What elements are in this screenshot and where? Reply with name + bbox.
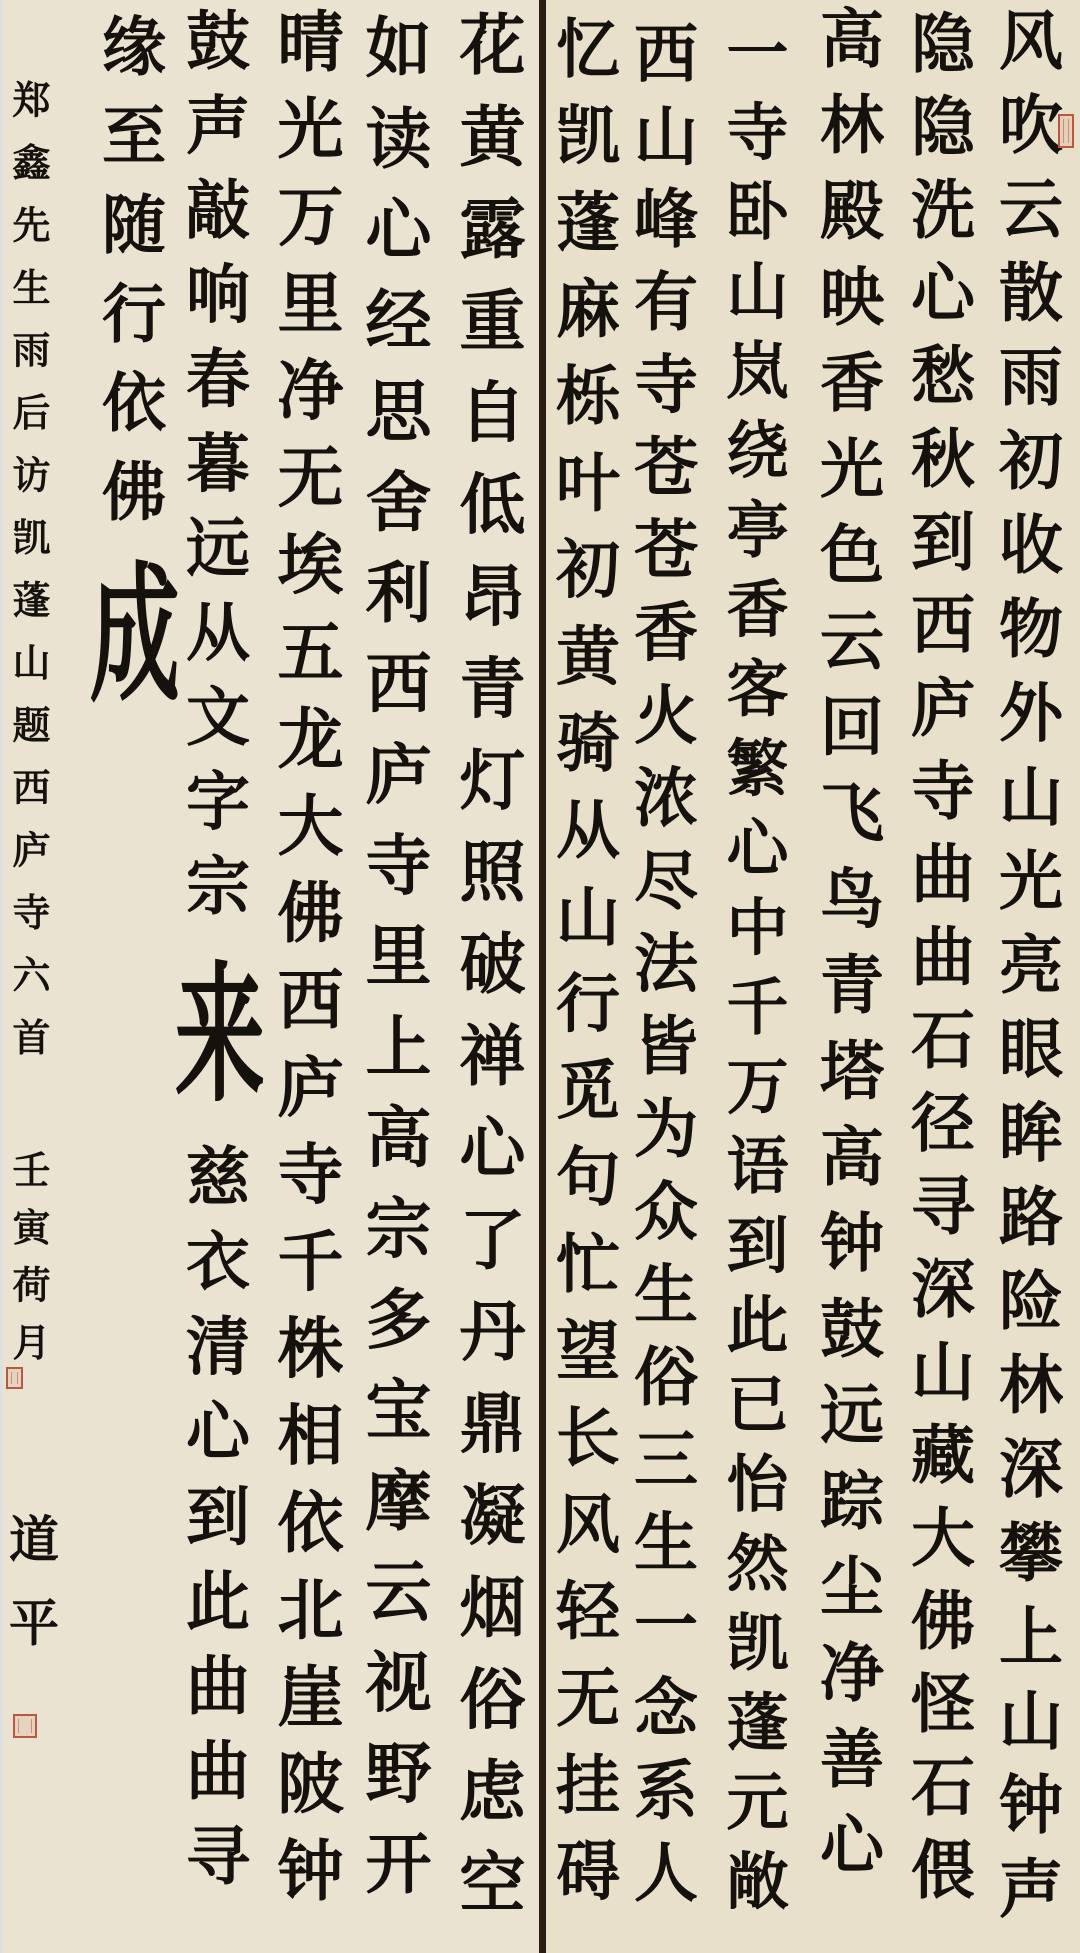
calligraphy-column-l2: 如读心经思舍利西庐寺里上高宗多宝摩云视野开 bbox=[360, 13, 426, 1920]
seal-stamp-right-top bbox=[1058, 114, 1074, 148]
calligraphy-column-l4-upper: 鼓声敲响春暮远从文字宗 bbox=[180, 7, 244, 937]
calligraphy-column-r1: 风吹云散雨初收物外山光亮眼眸路险林深攀上山钟声 bbox=[993, 7, 1057, 1939]
calligraphy-column-r6: 忆凯蓬麻栎叶初黄骑从山行觅句忙望长风轻无挂碍 bbox=[550, 15, 614, 1925]
calligraphy-large-character: 来 bbox=[167, 955, 257, 1105]
artist-signature: 道平 bbox=[5, 1513, 55, 1680]
calligraphy-column-r5: 西山峰有寺苍苍香火浓尽法皆为众生俗三生一念系人 bbox=[628, 20, 692, 1922]
inscription-title: 郑鑫先生雨后访凯蓬山题西庐寺六首 bbox=[9, 80, 47, 1080]
calligraphy-column-r3: 高林殿映香光色云回飞鸟青塔高钟鼓远踪尘净善心 bbox=[814, 5, 878, 1897]
seal-stamp-signature bbox=[13, 1714, 37, 1738]
seal-stamp-date bbox=[6, 1367, 23, 1389]
calligraphy-large-character-cheng: 成 bbox=[82, 555, 172, 705]
calligraphy-column-l3: 晴光万里净无埃五龙大佛西庐寺千株相依北崖陂钟 bbox=[272, 7, 338, 1923]
calligraphy-column-l4-lower: 慈衣清心到此曲曲寻 bbox=[180, 1143, 244, 1907]
calligraphy-column-r4: 一寺卧山岚绕亭香客繁心中千万语到此已怡然凯蓬元敞 bbox=[721, 20, 783, 1928]
inscription-date: 壬寅荷月 bbox=[9, 1150, 47, 1380]
calligraphy-column-r2: 隐隐洗心愁秋到西庐寺曲曲石径寻深山藏大佛怪石偎 bbox=[905, 10, 969, 1919]
calligraphy-column-l1: 花黄露重自低昂青灯照破禅心了丹鼎凝烟俗虑空 bbox=[454, 10, 520, 1940]
calligraphy-column-l5: 缘至随行依佛 bbox=[96, 13, 160, 547]
